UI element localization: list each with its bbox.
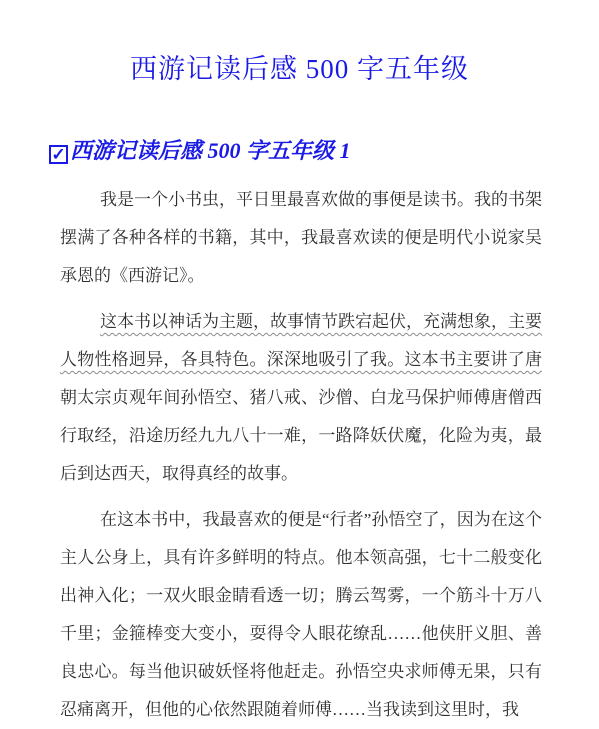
section-heading: ✓西游记读后感 500 字五年级 1 [49, 138, 599, 164]
checkbox-checked-icon: ✓ [49, 145, 68, 164]
section-heading-text: 西游记读后感 500 字五年级 1 [70, 138, 351, 163]
paragraph-1: 我是一个小书虫，平日里最喜欢做的事便是读书。我的书架摆满了各种各样的书籍，其中，… [60, 181, 542, 295]
document-body: 我是一个小书虫，平日里最喜欢做的事便是读书。我的书架摆满了各种各样的书籍，其中，… [60, 181, 542, 729]
paragraph-3: 在这本书中，我最喜欢的便是“行者”孙悟空了，因为在这个主人公身上，具有许多鲜明的… [60, 501, 542, 729]
paragraph-1-text: 我是一个小书虫，平日里最喜欢做的事便是读书。我的书架摆满了各种各样的书籍，其中，… [60, 190, 542, 285]
paragraph-2-wavy-underlined-segment: 这本书以神话为主题，故事情节跌宕起伏，充满想象，主要人物性格迥异，各具特色。深深… [60, 312, 542, 369]
page-title: 西游记读后感 500 字五年级 [0, 0, 599, 86]
document-page: 西游记读后感 500 字五年级 ✓西游记读后感 500 字五年级 1 我是一个小… [0, 0, 599, 729]
paragraph-3-text: 在这本书中，我最喜欢的便是“行者”孙悟空了，因为在这个主人公身上，具有许多鲜明的… [60, 510, 542, 719]
paragraph-2-text: 朝太宗贞观年间孙悟空、猪八戒、沙僧、白龙马保护师傅唐僧西行取经，沿途历经九九八十… [60, 388, 542, 483]
paragraph-2: 这本书以神话为主题，故事情节跌宕起伏，充满想象，主要人物性格迥异，各具特色。深深… [60, 303, 542, 493]
